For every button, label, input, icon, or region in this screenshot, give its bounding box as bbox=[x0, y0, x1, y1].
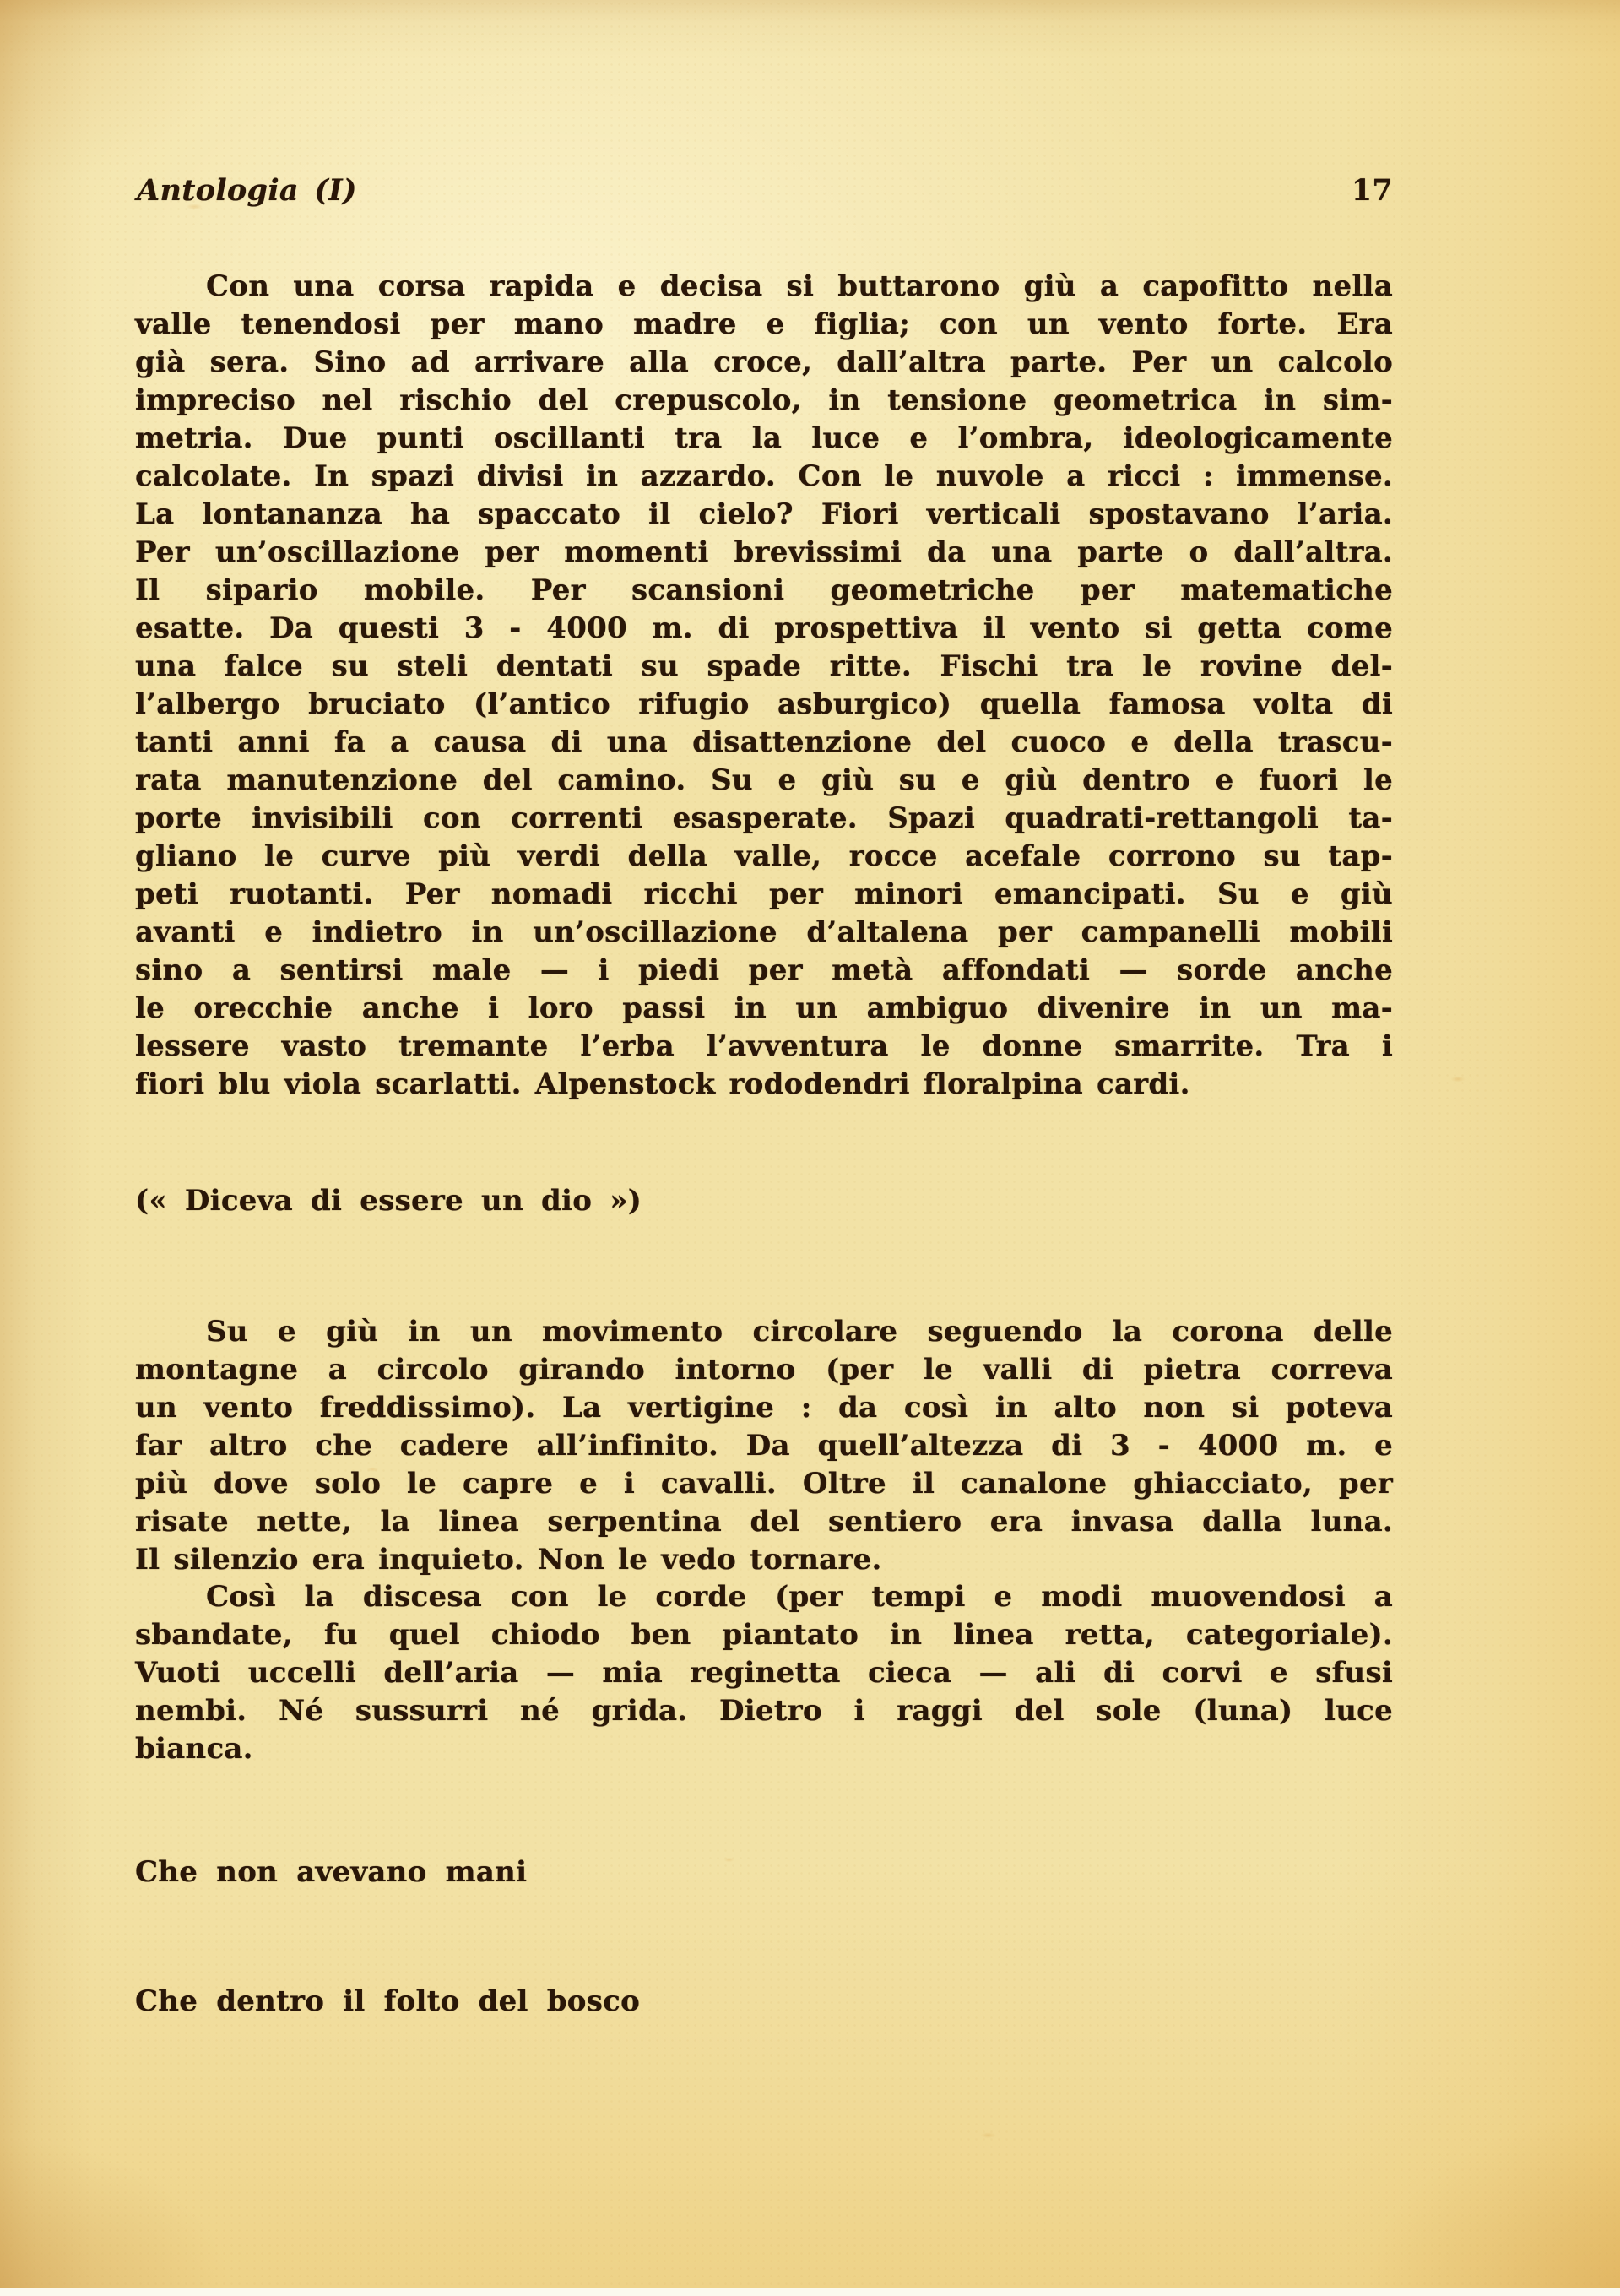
text-line: più dove solo le capre e i cavalli. Oltr… bbox=[135, 1465, 1393, 1503]
text-line: una falce su steli dentati su spade ritt… bbox=[135, 648, 1393, 686]
text-line: Così la discesa con le corde (per tempi … bbox=[135, 1578, 1393, 1616]
text-line: metria. Due punti oscillanti tra la luce… bbox=[135, 420, 1393, 458]
verse-line-1: Che non avevano mani bbox=[135, 1854, 1393, 1892]
text-line: montagne a circolo girando intorno (per … bbox=[135, 1351, 1393, 1389]
text-line: far altro che cadere all’infinito. Da qu… bbox=[135, 1427, 1393, 1465]
text-line: rata manutenzione del camino. Su e giù s… bbox=[135, 762, 1393, 800]
text-line: nembi. Né sussurri né grida. Dietro i ra… bbox=[135, 1692, 1393, 1730]
text-line: fiori blu viola scarlatti. Alpenstock ro… bbox=[135, 1066, 1393, 1104]
text-line: un vento freddissimo). La vertigine : da… bbox=[135, 1389, 1393, 1427]
text-line: Con una corsa rapida e decisa si buttaro… bbox=[135, 268, 1393, 306]
text-line: La lontananza ha spaccato il cielo? Fior… bbox=[135, 496, 1393, 534]
text-line: Vuoti uccelli dell’aria — mia reginetta … bbox=[135, 1654, 1393, 1692]
text-line: impreciso nel rischio del crepuscolo, in… bbox=[135, 382, 1393, 420]
text-line: porte invisibili con correnti esasperate… bbox=[135, 800, 1393, 838]
paragraph-1: Con una corsa rapida e decisa si buttaro… bbox=[135, 268, 1393, 1104]
caption-line: (« Diceva di essere un dio ») bbox=[135, 1182, 1393, 1220]
book-page: Antologia (I) 17 Con una corsa rapida e … bbox=[0, 0, 1620, 2296]
text-line: valle tenendosi per mano madre e figlia;… bbox=[135, 306, 1393, 344]
text-line: esatte. Da questi 3 - 4000 m. di prospet… bbox=[135, 610, 1393, 648]
text-line: l’albergo bruciato (l’antico rifugio asb… bbox=[135, 686, 1393, 724]
text-line: tanti anni fa a causa di una disattenzio… bbox=[135, 724, 1393, 762]
scan-edge bbox=[0, 2288, 1620, 2296]
text-line: gliano le curve più verdi della valle, r… bbox=[135, 838, 1393, 876]
verse-line-2: Che dentro il folto del bosco bbox=[135, 1983, 1393, 2021]
text-line: bianca. bbox=[135, 1730, 1393, 1768]
text-line: calcolate. In spazi divisi in azzardo. C… bbox=[135, 458, 1393, 496]
text-line: Per un’oscillazione per momenti brevissi… bbox=[135, 534, 1393, 572]
text-line: avanti e indietro in un’oscillazione d’a… bbox=[135, 914, 1393, 952]
paragraph-3: Così la discesa con le corde (per tempi … bbox=[135, 1578, 1393, 1768]
text-line: le orecchie anche i loro passi in un amb… bbox=[135, 990, 1393, 1028]
text-line: risate nette, la linea serpentina del se… bbox=[135, 1503, 1393, 1541]
text-line: Su e giù in un movimento circolare segue… bbox=[135, 1313, 1393, 1351]
text-line: Il sipario mobile. Per scansioni geometr… bbox=[135, 572, 1393, 610]
text-line: sino a sentirsi male — i piedi per metà … bbox=[135, 952, 1393, 990]
running-head: Antologia (I) 17 bbox=[137, 171, 1393, 209]
paragraph-2: Su e giù in un movimento circolare segue… bbox=[135, 1313, 1393, 1579]
text-line: Il silenzio era inquieto. Non le vedo to… bbox=[135, 1541, 1393, 1579]
running-head-title: Antologia (I) bbox=[137, 171, 357, 209]
text-line: già sera. Sino ad arrivare alla croce, d… bbox=[135, 344, 1393, 382]
text-line: peti ruotanti. Per nomadi ricchi per min… bbox=[135, 876, 1393, 914]
page-number: 17 bbox=[1352, 171, 1393, 209]
text-line: lessere vasto tremante l’erba l’avventur… bbox=[135, 1028, 1393, 1066]
text-line: sbandate, fu quel chiodo ben piantato in… bbox=[135, 1616, 1393, 1654]
